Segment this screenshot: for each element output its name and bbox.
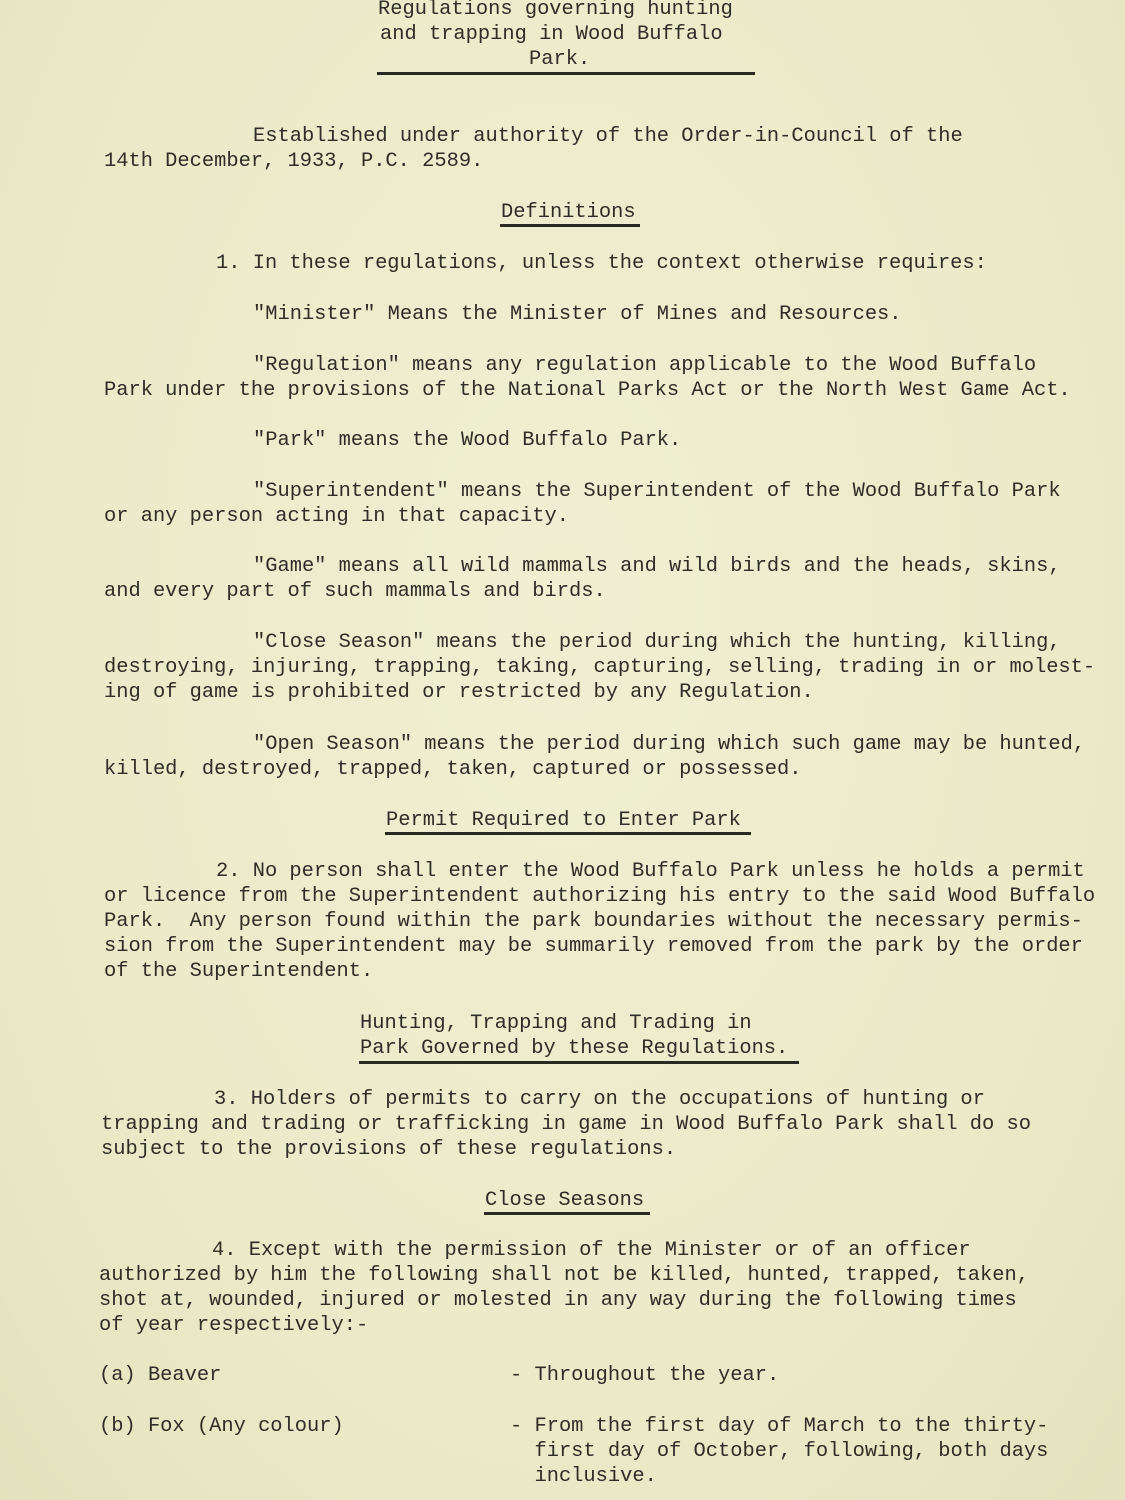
section-heading-definitions: Definitions: [501, 200, 636, 225]
definition-close-season-line-2: destroying, injuring, trapping, taking, …: [104, 655, 1095, 680]
definitions-underline: [500, 224, 640, 227]
definition-minister: "Minister" Means the Minister of Mines a…: [253, 302, 902, 327]
definition-open-season-line-1: "Open Season" means the period during wh…: [253, 732, 1085, 757]
title-line-3: Park.: [529, 47, 590, 72]
close-season-item-period-fox-line-2: first day of October, following, both da…: [510, 1439, 1048, 1464]
section-heading-hunting-line-1: Hunting, Trapping and Trading in: [360, 1011, 752, 1036]
close-seasons-line-3: shot at, wounded, injured or molested in…: [99, 1288, 1017, 1313]
document-page: Regulations governing hunting and trappi…: [0, 0, 1125, 1500]
permit-underline: [385, 832, 751, 835]
authority-line-1: Established under authority of the Order…: [253, 124, 963, 149]
definition-park: "Park" means the Wood Buffalo Park.: [253, 428, 681, 453]
title-line-2: and trapping in Wood Buffalo: [380, 22, 723, 47]
permit-line-5: of the Superintendent.: [104, 959, 373, 984]
authority-line-2: 14th December, 1933, P.C. 2589.: [104, 149, 483, 174]
definition-close-season-line-1: "Close Season" means the period during w…: [253, 630, 1061, 655]
definition-close-season-line-3: ing of game is prohibited or restricted …: [104, 680, 814, 705]
permit-line-3: Park. Any person found within the park b…: [104, 909, 1083, 934]
close-season-item-label-fox: (b) Fox (Any colour): [99, 1414, 344, 1439]
definitions-intro: 1. In these regulations, unless the cont…: [216, 251, 987, 276]
section-heading-close-seasons: Close Seasons: [485, 1188, 644, 1213]
close-season-item-period-fox-line-3: inclusive.: [510, 1464, 657, 1489]
section-heading-permit: Permit Required to Enter Park: [386, 808, 741, 833]
permit-line-2: or licence from the Superintendent autho…: [104, 884, 1095, 909]
definition-game-line-2: and every part of such mammals and birds…: [104, 579, 606, 604]
definition-regulation-line-2: Park under the provisions of the Nationa…: [104, 378, 1071, 403]
title-underline: [377, 72, 755, 75]
close-seasons-line-1: 4. Except with the permission of the Min…: [212, 1238, 971, 1263]
hunting-line-1: 3. Holders of permits to carry on the oc…: [214, 1087, 985, 1112]
hunting-underline: [359, 1061, 799, 1064]
title-line-1: Regulations governing hunting: [378, 0, 733, 22]
definition-superintendent-line-2: or any person acting in that capacity.: [104, 504, 569, 529]
hunting-line-3: subject to the provisions of these regul…: [101, 1137, 676, 1162]
close-season-item-label-beaver: (a) Beaver: [99, 1363, 221, 1388]
definition-game-line-1: "Game" means all wild mammals and wild b…: [253, 554, 1061, 579]
close-seasons-line-2: authorized by him the following shall no…: [99, 1263, 1029, 1288]
section-heading-hunting-line-2: Park Governed by these Regulations.: [360, 1036, 788, 1061]
close-seasons-line-4: of year respectively:-: [99, 1313, 368, 1338]
permit-line-1: 2. No person shall enter the Wood Buffal…: [216, 859, 1085, 884]
close-seasons-underline: [484, 1212, 650, 1215]
definition-open-season-line-2: killed, destroyed, trapped, taken, captu…: [104, 757, 801, 782]
definition-superintendent-line-1: "Superintendent" means the Superintenden…: [253, 479, 1061, 504]
close-season-item-period-beaver: - Throughout the year.: [510, 1363, 779, 1388]
hunting-line-2: trapping and trading or trafficking in g…: [101, 1112, 1031, 1137]
definition-regulation-line-1: "Regulation" means any regulation applic…: [253, 353, 1036, 378]
permit-line-4: sion from the Superintendent may be summ…: [104, 934, 1083, 959]
close-season-item-period-fox-line-1: - From the first day of March to the thi…: [510, 1414, 1048, 1439]
